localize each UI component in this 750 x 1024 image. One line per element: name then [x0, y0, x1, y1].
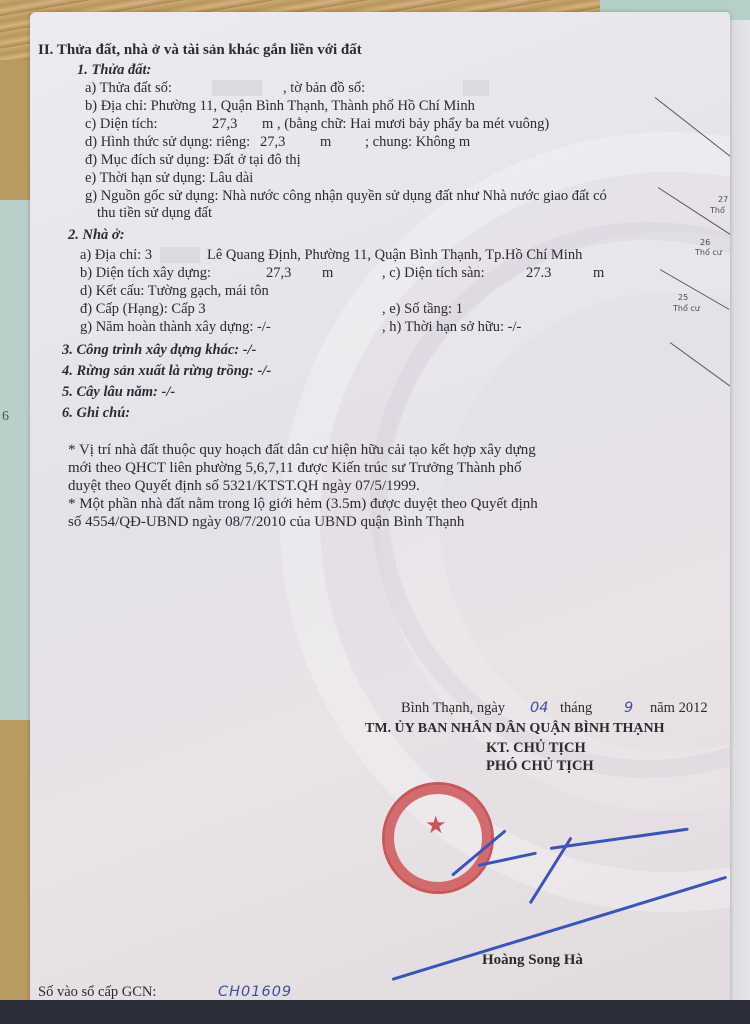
floor-area-value: 27.3 [526, 265, 551, 282]
year-label: năm 2012 [650, 700, 708, 717]
note-line: * Một phần nhà đất nằm trong lộ giới hẻm… [68, 496, 538, 513]
land-area-value: 27,3 [212, 116, 237, 133]
margin-mark: 6 [2, 408, 9, 425]
use-form-private: 27,3 [260, 134, 285, 151]
note-line: duyệt theo Quyết định số 5321/KTST.QH ng… [68, 478, 420, 495]
signer-title-1: KT. CHỦ TỊCH [486, 740, 586, 757]
site-plan-line [670, 342, 730, 390]
house-address-label: a) Địa chỉ: 3 [80, 247, 152, 264]
build-area-value: 27,3 [266, 265, 291, 282]
parcel-number-label: a) Thửa đất số: [85, 80, 172, 97]
month-label: tháng [560, 700, 592, 717]
use-form-shared: ; chung: Không m [365, 134, 470, 151]
land-address: b) Địa chỉ: Phường 11, Quận Bình Thạnh, … [85, 98, 475, 115]
floor-area-label: , c) Diện tích sàn: [382, 265, 485, 282]
land-purpose: đ) Mục đích sử dụng: Đất ở tại đô thị [85, 152, 301, 169]
house-floors: , e) Số tầng: 1 [382, 301, 463, 318]
issuing-authority: TM. ỦY BAN NHÂN DÂN QUẬN BÌNH THẠNH [365, 720, 664, 737]
floor-area-unit: m [593, 265, 604, 282]
background-table [0, 1000, 750, 1024]
date-day: 04 [530, 700, 548, 717]
use-form-label: d) Hình thức sử dụng: riêng: [85, 134, 250, 151]
land-duration: e) Thời hạn sử dụng: Lâu dài [85, 170, 253, 187]
map-sheet-label: , tờ bản đồ số: [283, 80, 365, 97]
land-heading: 1. Thửa đất: [77, 62, 151, 79]
signer-name: Hoàng Song Hà [482, 952, 583, 969]
build-area-label: b) Diện tích xây dựng: [80, 265, 211, 282]
plan-label: 27 [718, 195, 728, 204]
build-area-unit: m [322, 265, 333, 282]
place-date-prefix: Bình Thạnh, ngày [401, 700, 505, 717]
plan-label: 25 [678, 293, 688, 302]
plan-label: Thổ cư [673, 304, 700, 313]
other-construction: 3. Công trình xây dựng khác: -/- [62, 342, 256, 359]
production-forest: 4. Rừng sản xuất là rừng trồng: -/- [62, 363, 271, 380]
plan-label: Thổ [710, 206, 725, 215]
land-area-unit: m [262, 116, 273, 133]
redacted-parcel-number [212, 80, 262, 96]
note-line: số 4554/QĐ-UBND ngày 08/7/2010 của UBND … [68, 514, 464, 531]
site-plan-line [655, 97, 730, 166]
redacted-map-sheet [463, 80, 489, 96]
ownership-term: , h) Thời hạn sở hữu: -/- [382, 319, 521, 336]
land-origin-line1: g) Nguồn gốc sử dụng: Nhà nước công nhận… [85, 188, 607, 205]
perennial-trees: 5. Cây lâu năm: -/- [62, 384, 175, 401]
redacted-house-number [160, 247, 200, 263]
note-line: mới theo QHCT liên phường 5,6,7,11 được … [68, 460, 522, 477]
land-area-label: c) Diện tích: [85, 116, 157, 133]
plan-label: 26 [700, 238, 710, 247]
date-month: 9 [624, 700, 633, 717]
official-red-seal: ★ [382, 782, 494, 894]
plan-label: Thổ cư [695, 248, 722, 257]
star-icon: ★ [425, 811, 447, 840]
house-structure: d) Kết cấu: Tường gạch, mái tôn [80, 283, 269, 300]
note-line: * Vị trí nhà đất thuộc quy hoạch đất dân… [68, 442, 536, 459]
completion-year: g) Năm hoàn thành xây dựng: -/- [80, 319, 271, 336]
certificate-content: II. Thửa đất, nhà ở và tài sản khác gắn … [30, 12, 730, 1002]
notes-heading: 6. Ghi chú: [62, 405, 130, 422]
house-address: Lê Quang Định, Phường 11, Quận Bình Thạn… [207, 247, 582, 264]
house-grade: đ) Cấp (Hạng): Cấp 3 [80, 301, 206, 318]
certificate-page: II. Thửa đất, nhà ở và tài sản khác gắn … [30, 12, 730, 1002]
use-form-unit: m [320, 134, 331, 151]
registry-label: Số vào sổ cấp GCN: [38, 984, 156, 1001]
land-area-words: , (bằng chữ: Hai mươi bảy phẩy ba mét vu… [277, 116, 549, 133]
signer-title-2: PHÓ CHỦ TỊCH [486, 758, 594, 775]
section-heading: II. Thửa đất, nhà ở và tài sản khác gắn … [38, 42, 362, 59]
registry-number: CH01609 [218, 984, 292, 1001]
house-heading: 2. Nhà ở: [68, 227, 125, 244]
land-origin-line2: thu tiền sử dụng đất [97, 205, 212, 222]
